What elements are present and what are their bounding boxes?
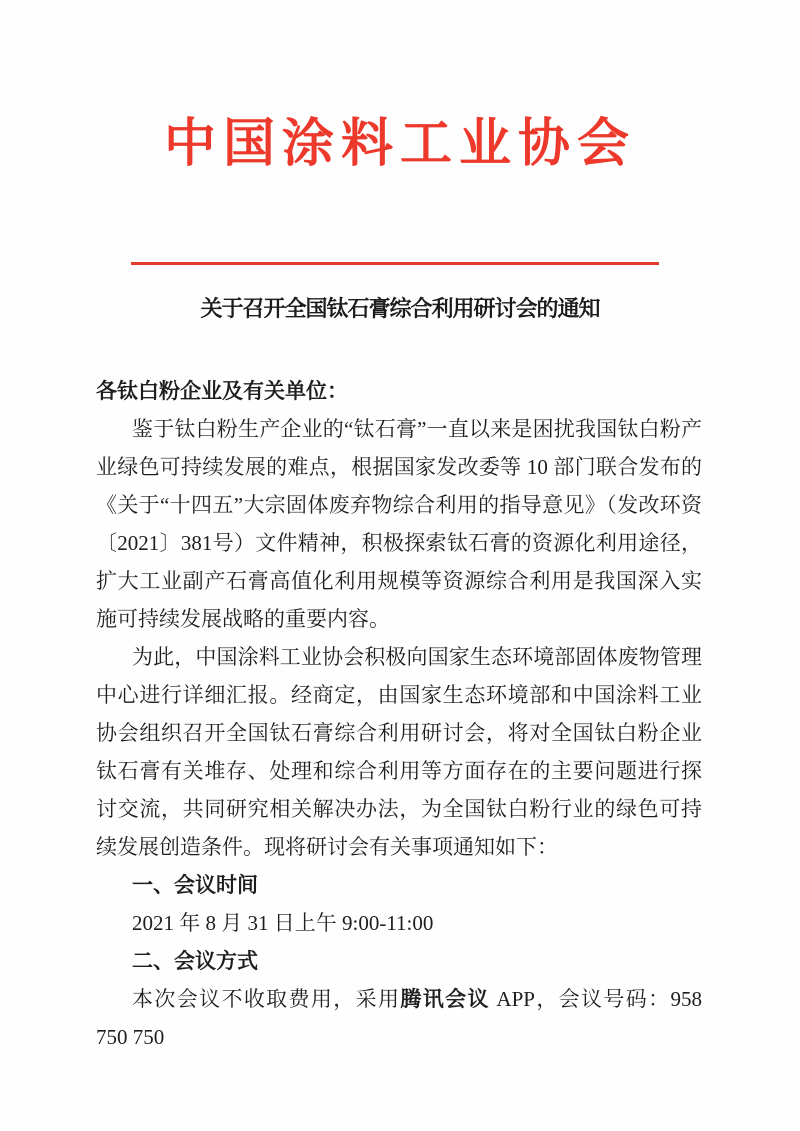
scanned-notice-page: 中国涂料工业协会 关于召开全国钛石膏综合利用研讨会的通知 各钛白粉企业及有关单位…: [0, 0, 800, 1131]
paragraph-purpose: 为此，中国涂料工业协会积极向国家生态环境部固体废物管理中心进行详细汇报。经商定，…: [96, 638, 702, 866]
salutation-line: 各钛白粉企业及有关单位：: [96, 372, 702, 410]
section-1-meeting-time-value: 2021 年 8 月 31 日上午 9:00-11:00: [96, 904, 702, 942]
letterhead-org-name: 中国涂料工业协会: [0, 116, 800, 174]
document-title: 关于召开全国钛石膏综合利用研讨会的通知: [0, 294, 800, 324]
meeting-method-text-prefix: 本次会议不收取费用，采用: [132, 987, 400, 1011]
section-2-heading-meeting-method: 二、会议方式: [96, 942, 702, 980]
letterhead-divider-line: [131, 262, 659, 265]
meeting-app-name: 腾讯会议: [400, 987, 489, 1011]
document-body: 各钛白粉企业及有关单位： 鉴于钛白粉生产企业的“钛石膏”一直以来是困扰我国钛白粉…: [96, 372, 702, 1056]
paragraph-background: 鉴于钛白粉生产企业的“钛石膏”一直以来是困扰我国钛白粉产业绿色可持续发展的难点，…: [96, 410, 702, 638]
section-2-meeting-method-line: 本次会议不收取费用，采用腾讯会议 APP，会议号码：958 750 750: [96, 980, 702, 1056]
section-1-heading-meeting-time: 一、会议时间: [96, 866, 702, 904]
